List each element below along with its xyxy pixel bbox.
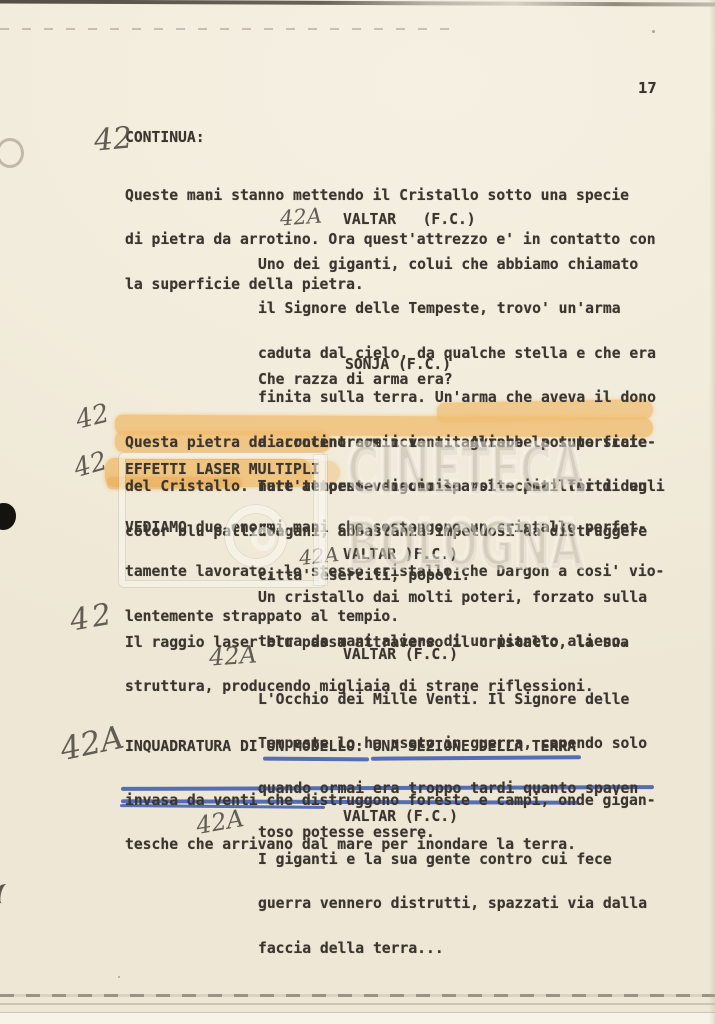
page-number: 17 (638, 81, 657, 96)
handwritten-scene-number: 42A (279, 204, 322, 231)
paper-speck (566, 241, 568, 243)
ink-blob-left (0, 503, 16, 530)
dialogue-line: faccia della terra... (258, 942, 647, 957)
dialogue-line: Un cristallo dai molti poteri, forzato s… (258, 591, 647, 606)
dialogue-line: Uno dei giganti, colui che abbiamo chiam… (258, 258, 665, 273)
handwritten-scene-number: 42 (73, 398, 112, 435)
scene-heading-inquadratura: INQUADRATURA DI UN MODELLO: UNA SEZIONE … (125, 740, 576, 755)
character-cue: VALTAR (F.C.) (343, 213, 476, 228)
paper-speck (652, 30, 655, 33)
character-cue: VALTAR (F.C.) (343, 648, 458, 663)
scene-heading-effetti: EFFETTI LASER MULTIPLI (125, 463, 320, 478)
scan-line-top (0, 0, 715, 7)
handwritten-scene-number: 42 (93, 120, 134, 158)
scan-line-faint (0, 28, 460, 30)
dialogue-line: guerra vennero distrutti, spazzati via d… (258, 897, 647, 912)
dialogue-line: finita sulla terra. Un'arma che aveva il… (258, 391, 665, 406)
dialogue-line: I giganti e la sua gente contro cui fece (258, 853, 647, 868)
paper-bottom-edge (0, 1012, 715, 1024)
dialogue-line: L'Occhio dei Mille Venti. Il Signore del… (258, 693, 647, 708)
hole-punch-ring (0, 138, 24, 168)
action-line: invasa da venti che distruggono foreste … (125, 794, 656, 809)
paper-speck (420, 641, 422, 643)
dialogue-line: caduta dal cielo, da qualche stella e ch… (258, 347, 665, 362)
scene-heading-continua: CONTINUA: (125, 131, 205, 146)
dialogue-block: I giganti e la sua gente contro cui fece… (258, 823, 647, 986)
paper-speck (207, 198, 210, 201)
handwritten-scene-number: 42A (298, 542, 340, 570)
mark-bottom-left (0, 882, 15, 906)
dialogue-line: Che razza di arma era? (258, 373, 453, 388)
paper-speck (118, 976, 120, 978)
dialogue-line: il Signore delle Tempeste, trovo' un'arm… (258, 302, 665, 317)
handwritten-scene-number: 42A (208, 640, 258, 671)
scanned-script-page: 17 CONTINUA: Queste mani stanno mettendo… (0, 0, 715, 1024)
paper-right-edge (709, 0, 715, 1024)
scan-line-bottom (0, 994, 715, 997)
action-line: Questa pietra da arrotino comincia a tag… (125, 436, 647, 451)
scan-line-bottom2 (0, 1003, 715, 1005)
action-line: Queste mani stanno mettendo il Cristallo… (125, 189, 656, 204)
handwritten-scene-number: 42 (67, 596, 117, 638)
handwritten-scene-number: 42A (57, 718, 127, 768)
action-line: VEDIAMO due enormi mani che sostengono u… (125, 521, 664, 536)
